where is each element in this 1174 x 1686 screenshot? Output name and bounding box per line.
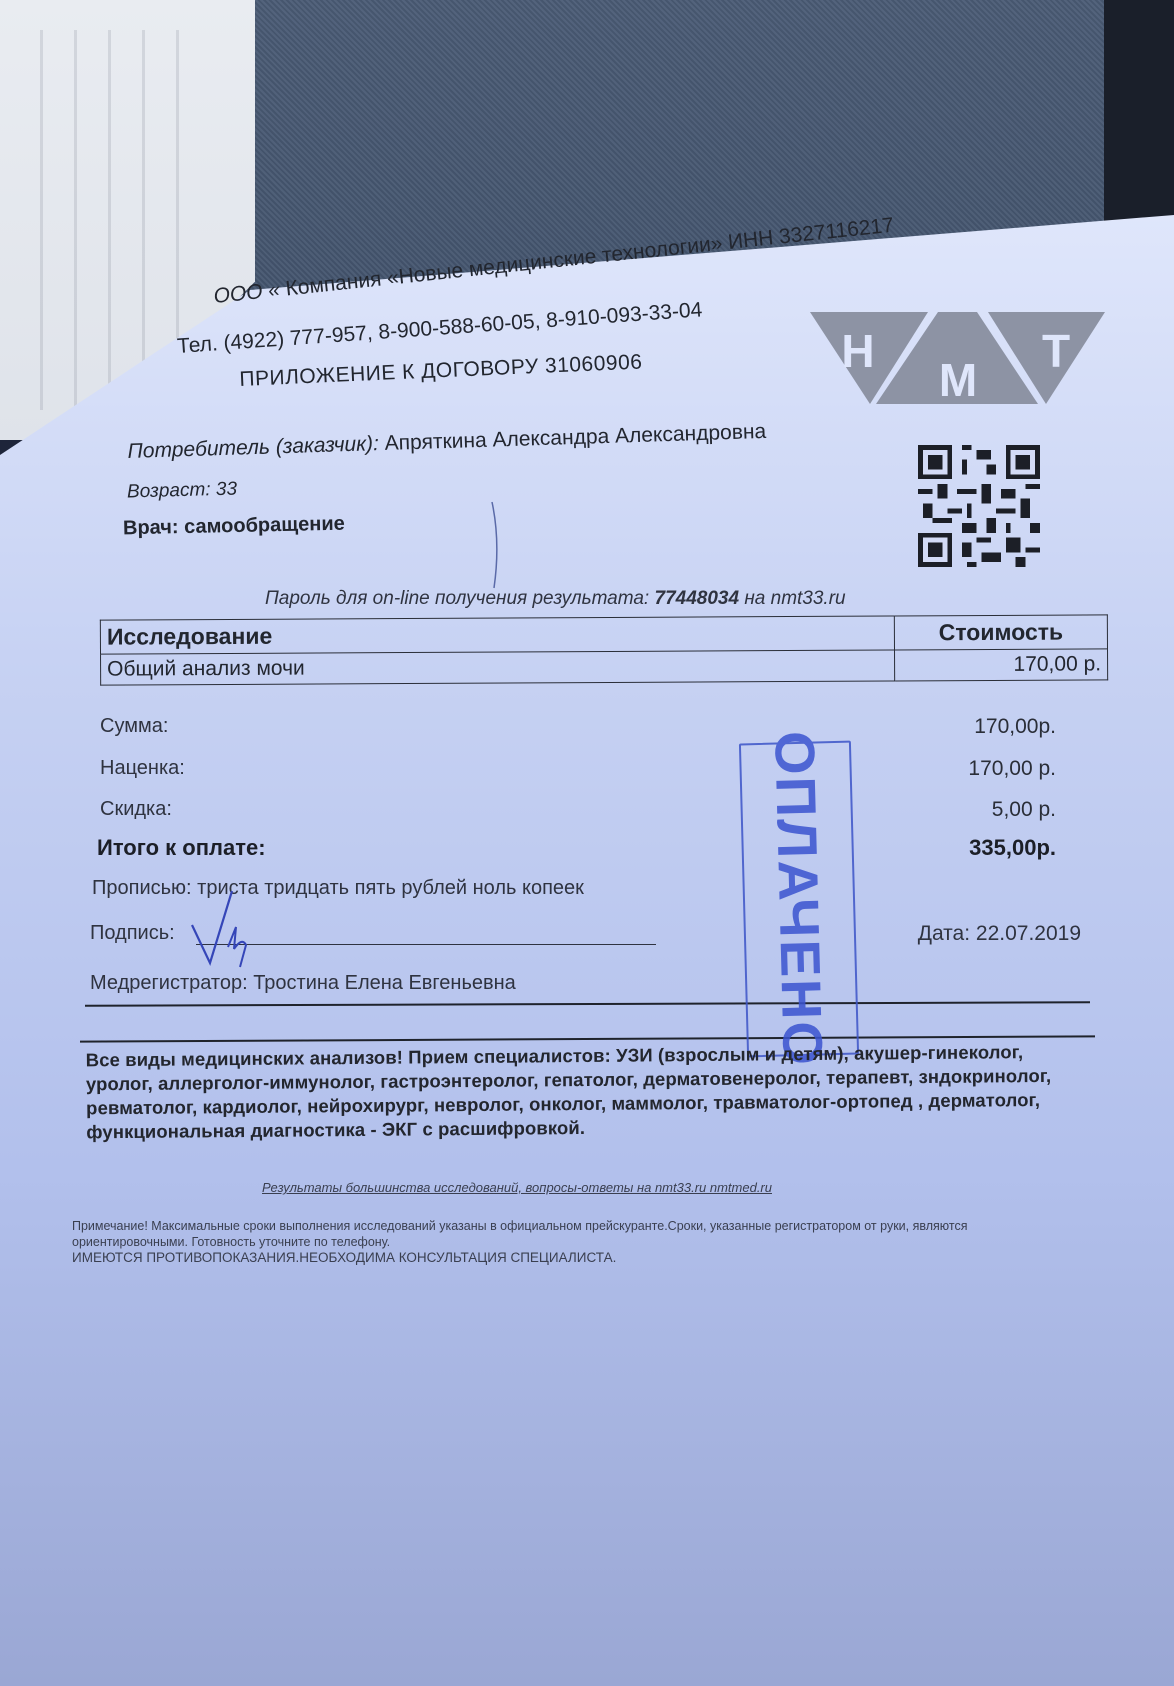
company-name: Компания «Новые медицинские технологии» … [284,214,894,301]
online-password-line: Пароль для on-line получения результата:… [265,588,846,610]
logo-letter-m: М [939,354,977,404]
service-price: 170,00 р. [895,649,1108,681]
doctor-value: самообращение [184,513,345,538]
services-table: Исследование Стоимость Общий анализ мочи… [100,614,1108,685]
doctor-line: Врач: самообращение [123,513,345,541]
age-line: Возраст: 33 [127,479,238,504]
logo-letter-t: Т [1042,325,1070,377]
table-row: Общий анализ мочи 170,00 р. [101,649,1108,685]
nmt-logo-icon: Н М Т [810,312,1105,404]
total-value: 335,00р. [969,835,1056,861]
note-text: Примечание! Максимальные сроки выполнени… [72,1218,1072,1250]
customer-line: Потребитель (заказчик): Апряткина Алекса… [127,420,766,464]
handwritten-signature-icon [188,887,278,977]
company-line: ООО « Компания «Новые медицинские технол… [212,214,894,309]
discount-value: 5,00 р. [992,798,1056,822]
results-link[interactable]: Результаты большинства исследований, воп… [262,1180,772,1195]
paid-stamp: ОПЛАЧЕНО [739,741,859,1058]
password-label: Пароль для on-line получения результата: [265,588,649,609]
contraindications-warning: ИМЕЮТСЯ ПРОТИВОПОКАЗАНИЯ.НЕОБХОДИМА КОНС… [72,1250,1072,1266]
phones-line: Тел. (4922) 777-957, 8-900-588-60-05, 8-… [176,298,703,359]
password-value: 77448034 [655,588,740,609]
age-value: 33 [216,479,238,501]
amount-in-words: Прописью: триста тридцать пять рублей но… [92,877,584,900]
column-header-service: Исследование [100,616,894,654]
customer-label: Потребитель (заказчик): [127,432,379,463]
column-header-price: Стоимость [894,615,1107,650]
table-header-row: Исследование Стоимость [100,615,1107,654]
service-name: Общий анализ мочи [101,650,895,685]
logo-letter-n: Н [841,325,874,377]
total-label: Итого к оплате: [97,835,266,861]
sum-label: Сумма: [100,715,168,738]
sum-value: 170,00р. [974,715,1056,739]
doctor-label: Врач: [123,516,179,539]
markup-value: 170,00 р. [968,757,1056,781]
date: Дата: 22.07.2019 [918,922,1081,946]
age-label: Возраст: [127,479,211,502]
contract-title: ПРИЛОЖЕНИЕ К ДОГОВОРУ 31060906 [239,350,643,392]
company-prefix: ООО « [212,278,281,308]
password-site: на nmt33.ru [744,588,845,609]
customer-name: Апряткина Александра Александровна [384,420,766,455]
markup-label: Наценка: [100,757,185,780]
registrar: Медрегистратор: Тростина Елена Евгеньевн… [90,972,516,995]
stamp-text: ОПЛАЧЕНО [762,730,836,1068]
signature-label: Подпись: [90,922,175,945]
divider [85,1001,1090,1007]
discount-label: Скидка: [100,798,172,821]
qr-code-icon [918,445,1040,567]
note: Примечание! Максимальные сроки выполнени… [72,1218,1072,1266]
receipt-document: ООО « Компания «Новые медицинские технол… [0,0,1174,1686]
pen-mark-icon [490,500,502,590]
services-advert: Все виды медицинских анализов! Прием спе… [86,1040,1087,1145]
